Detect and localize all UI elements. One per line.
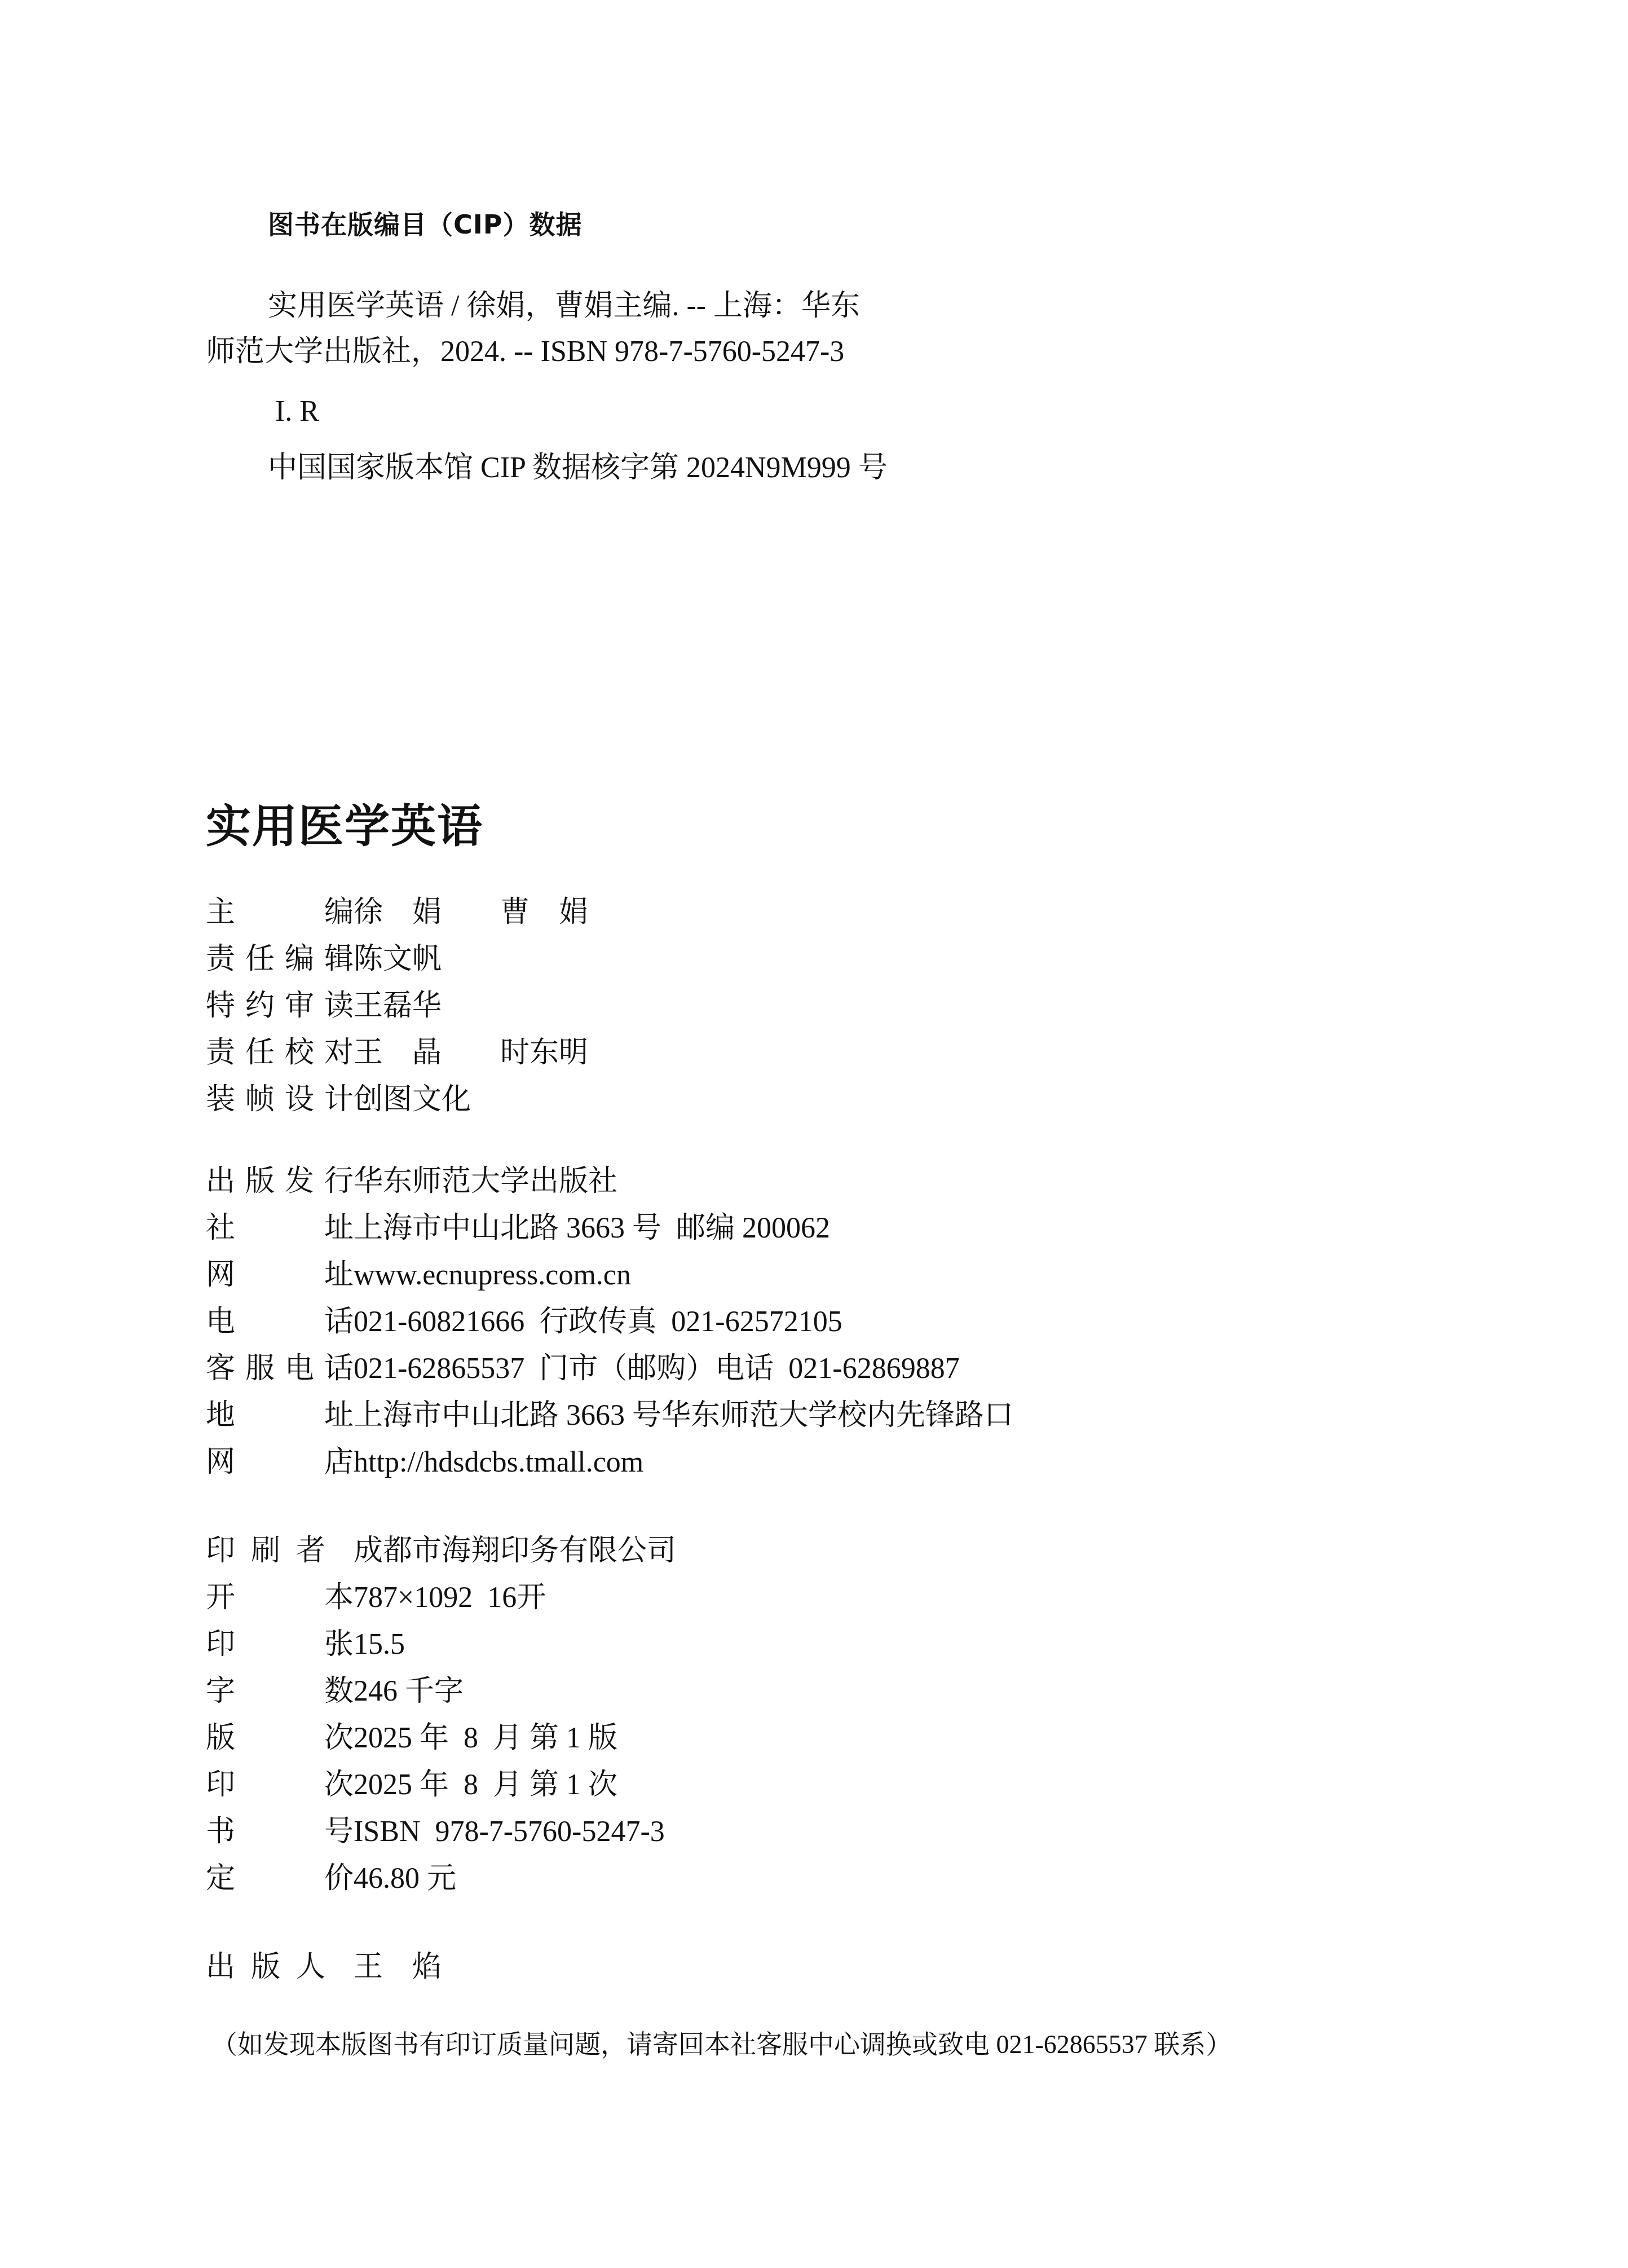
printing-info-value: 15.5 (354, 1628, 405, 1662)
label-char: 设 (285, 1083, 314, 1117)
label-char: 约 (245, 989, 275, 1023)
printing-info-row: 字数246 千字 (206, 1675, 464, 1708)
credit-row: 特约审读王磊华 (206, 989, 442, 1023)
printing-info-label: 书号 (206, 1815, 354, 1849)
cip-heading: 图书在版编目（CIP）数据 (268, 204, 583, 241)
printing-info-row: 印次2025 年 8 月 第 1 次 (206, 1768, 617, 1802)
credit-label: 装帧设计 (206, 1083, 354, 1117)
printing-info-label: 印张 (206, 1628, 354, 1662)
publisher-person-value: 王 焰 (354, 1950, 442, 1984)
label-char: 话 (324, 1352, 354, 1386)
credit-label: 特约审读 (206, 989, 354, 1023)
printing-info-row: 书号ISBN 978-7-5760-5247-3 (206, 1815, 665, 1849)
label-char: 责 (206, 1036, 235, 1070)
printing-info-label: 印次 (206, 1768, 354, 1802)
label-char: 印 (206, 1534, 235, 1568)
label-char: 发 (285, 1165, 314, 1199)
printing-info-row: 印刷者成都市海翔印务有限公司 (206, 1534, 676, 1568)
label-char: 任 (245, 943, 275, 976)
publisher-info-value: 021-62865537 门市（邮购）电话 021-62869887 (354, 1352, 960, 1386)
label-char: 服 (245, 1352, 275, 1386)
label-char: 对 (324, 1036, 354, 1070)
label-char: 出 (206, 1165, 235, 1199)
credit-value: 创图文化 (354, 1083, 471, 1117)
label-char: 字 (206, 1675, 235, 1708)
label-char: 电 (285, 1352, 314, 1386)
label-char: 书 (206, 1815, 235, 1849)
publisher-info-label: 客服电话 (206, 1352, 354, 1386)
publisher-person-row: 出版人王 焰 (206, 1950, 442, 1984)
label-char: 次 (324, 1721, 354, 1755)
label-char: 者 (296, 1534, 325, 1568)
credit-row: 装帧设计创图文化 (206, 1083, 471, 1117)
credit-label: 主编 (206, 896, 354, 930)
printing-info-label: 字数 (206, 1675, 354, 1708)
credit-label: 责任编辑 (206, 943, 354, 976)
printing-info-row: 印张15.5 (206, 1628, 405, 1662)
publisher-info-value: http://hdsdcbs.tmall.com (354, 1446, 643, 1479)
label-char: 校 (285, 1036, 314, 1070)
printing-info-row: 开本787×1092 16开 (206, 1581, 546, 1615)
label-char: 张 (324, 1628, 354, 1662)
label-char: 客 (206, 1352, 235, 1386)
publisher-info-value: 华东师范大学出版社 (354, 1165, 617, 1199)
cip-entry-line-2: 师范大学出版社，2024. -- ISBN 978-7-5760-5247-3 (206, 335, 844, 369)
label-char: 定 (206, 1862, 235, 1896)
publisher-info-label: 地址 (206, 1399, 354, 1433)
label-char: 址 (324, 1258, 354, 1292)
publisher-person-label: 出版人 (206, 1950, 325, 1984)
publisher-info-value: 021-60821666 行政传真 021-62572105 (354, 1305, 842, 1339)
label-char: 址 (324, 1212, 354, 1245)
quality-notice: （如发现本版图书有印订质量问题，请寄回本社客服中心调换或致电 021-62865… (211, 2029, 1232, 2060)
label-char: 社 (206, 1212, 235, 1245)
label-char: 次 (324, 1768, 354, 1802)
label-char: 址 (324, 1399, 354, 1433)
publisher-info-label: 电话 (206, 1305, 354, 1339)
label-char: 装 (206, 1083, 235, 1117)
printing-info-label: 版次 (206, 1721, 354, 1755)
label-char: 任 (245, 1036, 275, 1070)
publisher-info-value: 上海市中山北路 3663 号 邮编 200062 (354, 1212, 830, 1245)
credit-row: 责任编辑陈文帆 (206, 943, 442, 976)
label-char: 编 (285, 943, 314, 976)
printing-info-row: 定价46.80 元 (206, 1862, 456, 1896)
label-char: 印 (206, 1768, 235, 1802)
publisher-info-row: 出版发行华东师范大学出版社 (206, 1165, 617, 1199)
publisher-info-label: 出版发行 (206, 1165, 354, 1199)
label-char: 地 (206, 1399, 235, 1433)
label-char: 版 (206, 1721, 235, 1755)
label-char: 审 (285, 989, 314, 1023)
publisher-info-label: 社址 (206, 1212, 354, 1245)
label-char: 编 (324, 896, 354, 930)
label-char: 版 (251, 1950, 280, 1984)
printing-info-value: 246 千字 (354, 1675, 464, 1708)
label-char: 电 (206, 1305, 235, 1339)
credit-row: 主编徐 娟 曹 娟 (206, 896, 588, 930)
credit-label: 责任校对 (206, 1036, 354, 1070)
label-char: 刷 (251, 1534, 280, 1568)
printing-info-label: 开本 (206, 1581, 354, 1615)
book-title: 实用医学英语 (206, 790, 483, 855)
credit-row: 责任校对王 晶 时东明 (206, 1036, 588, 1070)
label-char: 计 (324, 1083, 354, 1117)
label-char: 开 (206, 1581, 235, 1615)
printing-info-value: 46.80 元 (354, 1862, 456, 1896)
label-char: 网 (206, 1258, 235, 1292)
printing-info-row: 版次2025 年 8 月 第 1 版 (206, 1721, 617, 1755)
credit-value: 王磊华 (354, 989, 442, 1023)
label-char: 行 (324, 1165, 354, 1199)
printing-info-value: 787×1092 16开 (354, 1581, 546, 1615)
publisher-info-row: 网址www.ecnupress.com.cn (206, 1258, 631, 1292)
cip-classification: I. R (275, 395, 319, 429)
label-char: 主 (206, 896, 235, 930)
cip-verification-number: 中国国家版本馆 CIP 数据核字第 2024N9M999 号 (268, 451, 888, 485)
label-char: 人 (296, 1950, 325, 1984)
printing-info-value: 成都市海翔印务有限公司 (354, 1534, 676, 1568)
publisher-info-row: 网店http://hdsdcbs.tmall.com (206, 1446, 643, 1479)
printing-info-value: 2025 年 8 月 第 1 版 (354, 1721, 617, 1755)
cip-entry-line-1: 实用医学英语 / 徐娟，曹娟主编. -- 上海：华东 (268, 289, 860, 323)
credit-value: 王 晶 时东明 (354, 1036, 588, 1070)
publisher-info-value: www.ecnupress.com.cn (354, 1258, 631, 1292)
label-char: 本 (324, 1581, 354, 1615)
printing-info-value: ISBN 978-7-5760-5247-3 (354, 1815, 665, 1849)
publisher-info-row: 电话021-60821666 行政传真 021-62572105 (206, 1305, 842, 1339)
publisher-info-row: 客服电话021-62865537 门市（邮购）电话 021-62869887 (206, 1352, 960, 1386)
credit-value: 陈文帆 (354, 943, 442, 976)
printing-info-label: 印刷者 (206, 1534, 325, 1568)
label-char: 特 (206, 989, 235, 1023)
label-char: 版 (245, 1165, 275, 1199)
publisher-info-label: 网店 (206, 1446, 354, 1479)
printing-info-value: 2025 年 8 月 第 1 次 (354, 1768, 617, 1802)
printing-info-label: 定价 (206, 1862, 354, 1896)
label-char: 号 (324, 1815, 354, 1849)
label-char: 印 (206, 1628, 235, 1662)
label-char: 出 (206, 1950, 235, 1984)
label-char: 话 (324, 1305, 354, 1339)
publisher-info-row: 地址上海市中山北路 3663 号华东师范大学校内先锋路口 (206, 1399, 1013, 1433)
label-char: 店 (324, 1446, 354, 1479)
label-char: 辑 (324, 943, 354, 976)
publisher-info-label: 网址 (206, 1258, 354, 1292)
publisher-info-row: 社址上海市中山北路 3663 号 邮编 200062 (206, 1212, 830, 1245)
label-char: 网 (206, 1446, 235, 1479)
label-char: 帧 (245, 1083, 275, 1117)
label-char: 价 (324, 1862, 354, 1896)
label-char: 责 (206, 943, 235, 976)
publisher-info-value: 上海市中山北路 3663 号华东师范大学校内先锋路口 (354, 1399, 1013, 1433)
label-char: 读 (324, 989, 354, 1023)
label-char: 数 (324, 1675, 354, 1708)
credit-value: 徐 娟 曹 娟 (354, 896, 588, 930)
